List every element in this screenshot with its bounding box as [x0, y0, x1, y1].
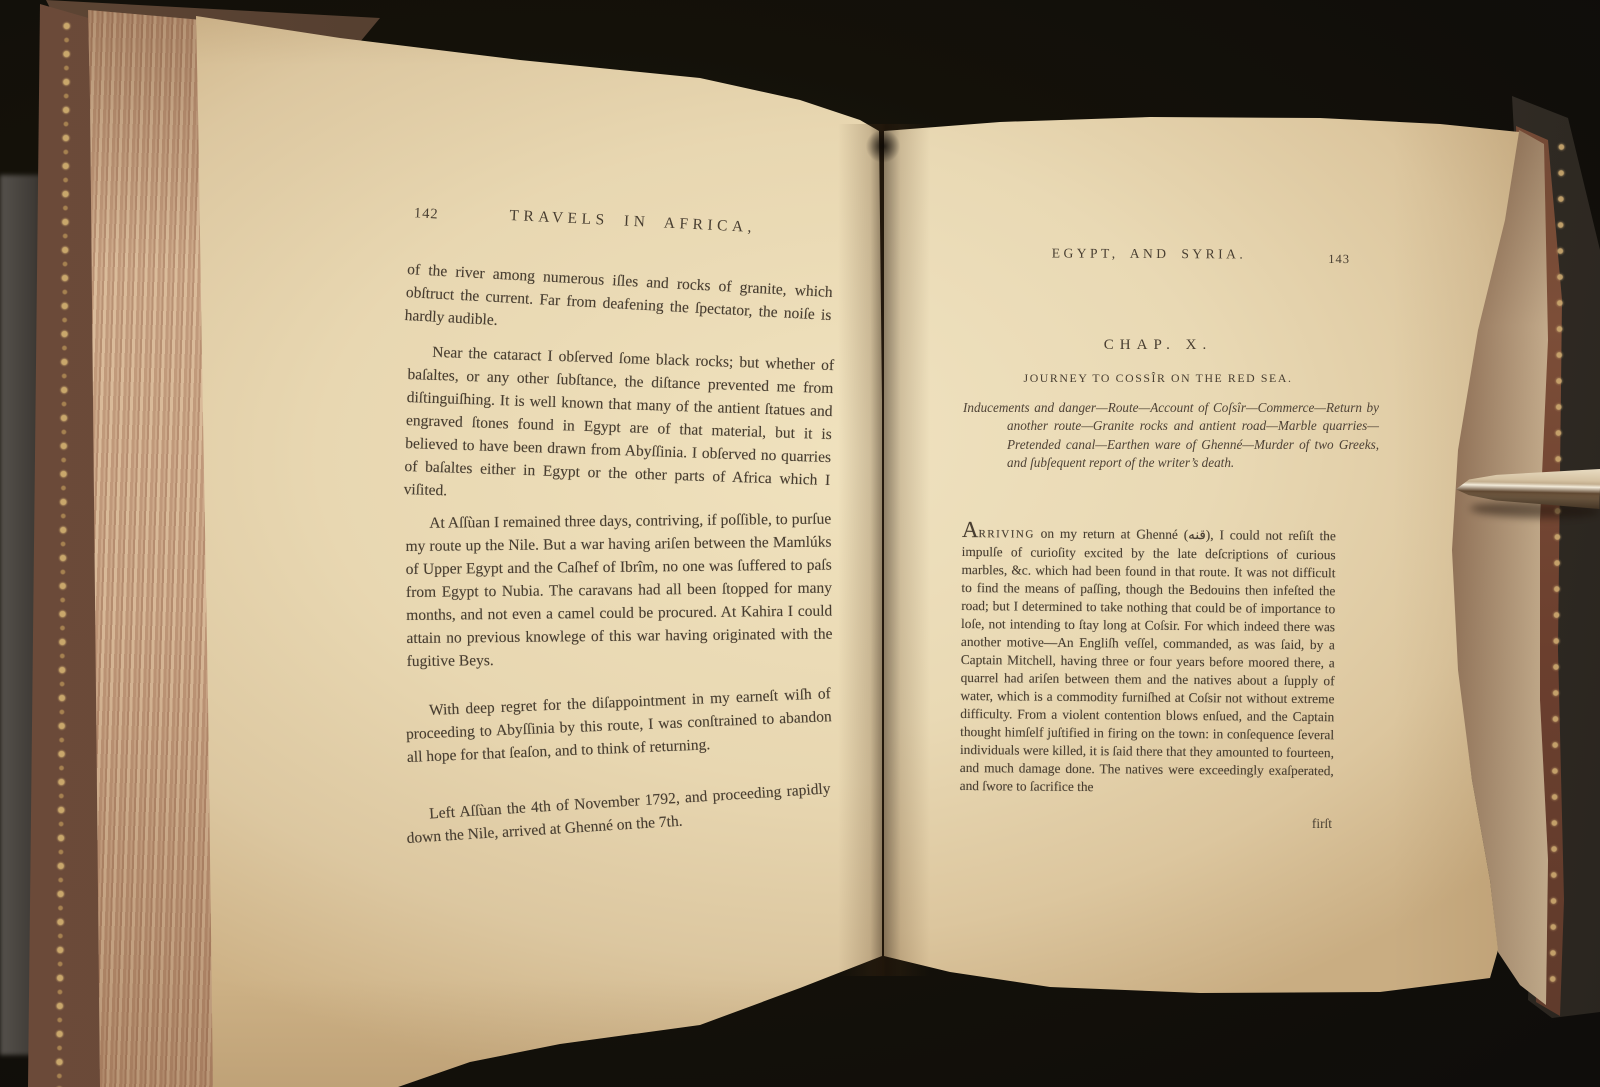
right-running-title: EGYPT, AND SYRIA. — [948, 245, 1350, 263]
right-body-paragraph: ARRIVING on my return at Ghenné (قنه), I… — [960, 518, 1336, 798]
chapter-title: JOURNEY TO COSSÎR ON THE RED SEA. — [973, 371, 1343, 386]
drop-capital: A — [962, 517, 979, 542]
left-paragraph-3: At Aſſùan I remained three days, contriv… — [405, 507, 833, 672]
left-page-number: 142 — [413, 205, 439, 223]
lead-small-caps: RRIVING — [978, 529, 1034, 541]
body-text: on my return at Ghenné (قنه), I could no… — [960, 526, 1336, 795]
chapter-heading: CHAP. X. — [973, 337, 1343, 354]
right-page-header: EGYPT, AND SYRIA. 143 — [948, 245, 1350, 263]
gutter-top-shadow — [860, 124, 906, 198]
chapter-argument: Inducements and danger—Route—Account of … — [963, 399, 1379, 473]
right-page-number: 143 — [1328, 252, 1350, 267]
catchword: firſt — [1240, 816, 1332, 832]
left-paragraph-2: Near the cataract I obſerved ſome black … — [403, 340, 834, 515]
book-photo: 142 TRAVELS IN AFRICA, of the river amon… — [0, 0, 1600, 1087]
gutter-shadow — [838, 124, 930, 976]
